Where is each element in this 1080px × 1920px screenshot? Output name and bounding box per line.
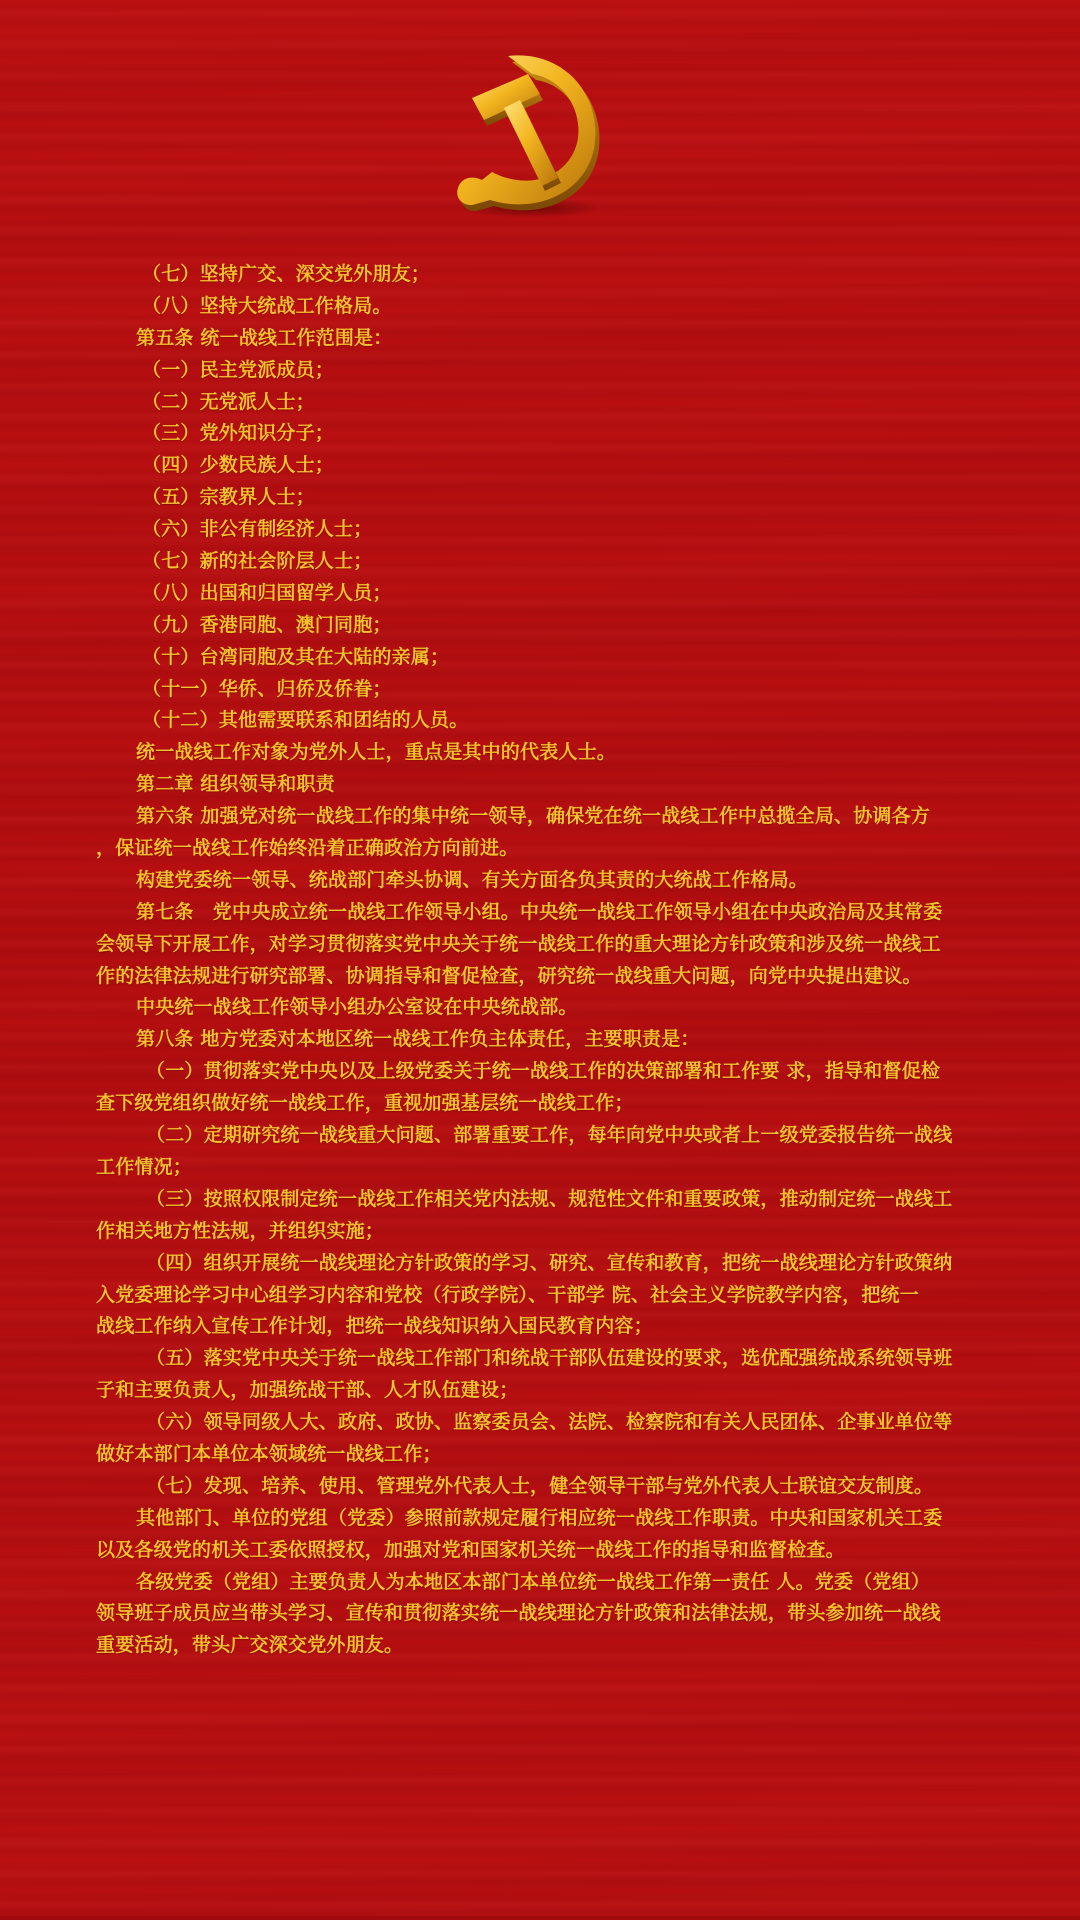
document-body: （七）坚持广交、深交党外朋友； （八）坚持大统战工作格局。 第五条 统一战线工作… — [96, 259, 996, 1662]
article-heading: 第六条 加强党对统一战线工作的集中统一领导，确保党在统一战线工作中总揽全局、协调… — [96, 801, 996, 833]
text-line: （四）组织开展统一战线理论方针政策的学习、研究、宣传和教育，把统一战线理论方针政… — [96, 1248, 996, 1280]
text-line: 做好本部门本单位本领域统一战线工作； — [96, 1439, 996, 1471]
text-line: 查下级党组织做好统一战线工作，重视加强基层统一战线工作； — [96, 1088, 996, 1120]
text-line: 各级党委（党组）主要负责人为本地区本部门本单位统一战线工作第一责任 人。党委（党… — [96, 1567, 996, 1599]
text-line: 作相关地方性法规，并组织实施； — [96, 1216, 996, 1248]
text-line: 统一战线工作对象为党外人士，重点是其中的代表人士。 — [96, 737, 996, 769]
text-line: （十一）华侨、归侨及侨眷； — [96, 674, 996, 706]
text-line: ，保证统一战线工作始终沿着正确政治方向前进。 — [96, 833, 996, 865]
text-line: （六）非公有制经济人士； — [96, 514, 996, 546]
bottom-edge — [0, 1916, 1080, 1920]
party-emblem-icon — [440, 50, 620, 220]
text-line: 工作情况； — [96, 1152, 996, 1184]
text-line: （十二）其他需要联系和团结的人员。 — [96, 705, 996, 737]
text-line: （六）领导同级人大、政府、政协、监察委员会、法院、检察院和有关人民团体、企事业单… — [96, 1407, 996, 1439]
text-line: 以及各级党的机关工委依照授权，加强对党和国家机关统一战线工作的指导和监督检查。 — [96, 1535, 996, 1567]
text-line: 领导班子成员应当带头学习、宣传和贯彻落实统一战线理论方针政策和法律法规，带头参加… — [96, 1598, 996, 1630]
text-line: 作的法律法规进行研究部署、协调指导和督促检查，研究统一战线重大问题，向党中央提出… — [96, 961, 996, 993]
text-line: 重要活动，带头广交深交党外朋友。 — [96, 1630, 996, 1662]
text-line: （七）坚持广交、深交党外朋友； — [96, 259, 996, 291]
text-line: 入党委理论学习中心组学习内容和党校（行政学院）、干部学 院、社会主义学院教学内容… — [96, 1280, 996, 1312]
text-line: 中央统一战线工作领导小组办公室设在中央统战部。 — [96, 992, 996, 1024]
text-line: 其他部门、单位的党组（党委）参照前款规定履行相应统一战线工作职责。中央和国家机关… — [96, 1503, 996, 1535]
text-line: （五）宗教界人士； — [96, 482, 996, 514]
text-line: （三）党外知识分子； — [96, 418, 996, 450]
text-line: （四）少数民族人士； — [96, 450, 996, 482]
text-line: （八）坚持大统战工作格局。 — [96, 291, 996, 323]
article-heading: 第五条 统一战线工作范围是： — [96, 323, 996, 355]
text-line: （五）落实党中央关于统一战线工作部门和统战干部队伍建设的要求，选优配强统战系统领… — [96, 1343, 996, 1375]
text-line: （二）无党派人士； — [96, 387, 996, 419]
text-line: （八）出国和归国留学人员； — [96, 578, 996, 610]
text-line: （二）定期研究统一战线重大问题、部署重要工作，每年向党中央或者上一级党委报告统一… — [96, 1120, 996, 1152]
chapter-heading: 第二章 组织领导和职责 — [96, 769, 996, 801]
text-line: 子和主要负责人，加强统战干部、人才队伍建设； — [96, 1375, 996, 1407]
text-line: （一）民主党派成员； — [96, 355, 996, 387]
text-line: 会领导下开展工作，对学习贯彻落实党中央关于统一战线工作的重大理论方针政策和涉及统… — [96, 929, 996, 961]
text-line: （七）发现、培养、使用、管理党外代表人士，健全领导干部与党外代表人士联谊交友制度… — [96, 1471, 996, 1503]
text-line: （一）贯彻落实党中央以及上级党委关于统一战线工作的决策部署和工作要 求，指导和督… — [96, 1056, 996, 1088]
text-line: 战线工作纳入宣传工作计划，把统一战线知识纳入国民教育内容； — [96, 1311, 996, 1343]
text-line: （九）香港同胞、澳门同胞； — [96, 610, 996, 642]
text-line: （三）按照权限制定统一战线工作相关党内法规、规范性文件和重要政策，推动制定统一战… — [96, 1184, 996, 1216]
article-heading: 第七条 党中央成立统一战线工作领导小组。中央统一战线工作领导小组在中央政治局及其… — [96, 897, 996, 929]
text-line: （十）台湾同胞及其在大陆的亲属； — [96, 642, 996, 674]
text-line: （七）新的社会阶层人士； — [96, 546, 996, 578]
text-line: 构建党委统一领导、统战部门牵头协调、有关方面各负其责的大统战工作格局。 — [96, 865, 996, 897]
article-heading: 第八条 地方党委对本地区统一战线工作负主体责任，主要职责是： — [96, 1024, 996, 1056]
